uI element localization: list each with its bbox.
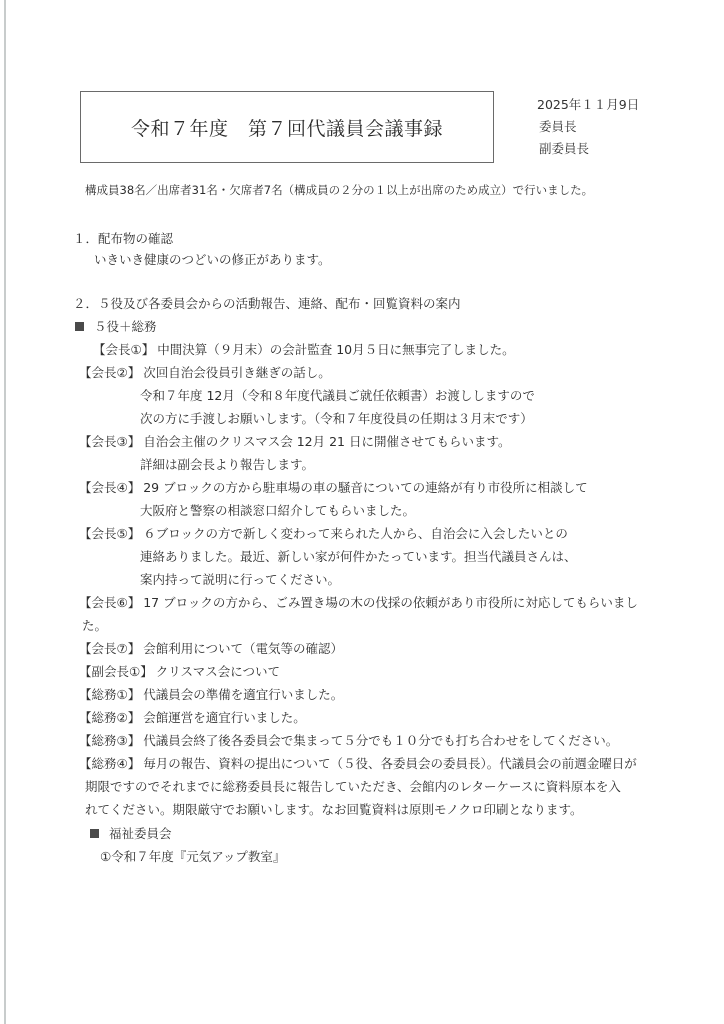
report-text-continued: れてください。期限厳守でお願いします。なお回覧資料は原則モノクロ印刷となります。: [85, 800, 583, 820]
report-text-continued: 令和７年度 12月（令和８年度代議員ご就任依頼書）お渡ししますので: [140, 386, 535, 406]
report-item: 【総務①】代議員会の準備を適宜行いました。: [79, 685, 343, 705]
report-item: 【会長③】自治会主催のクリスマス会 12月 21 日に開催させてもらいます。: [79, 432, 510, 452]
report-tag: 【総務③】: [79, 733, 140, 748]
report-text: 代議員会の準備を適宜行いました。: [143, 687, 343, 702]
report-tag: 【総務②】: [79, 710, 140, 725]
report-text-continued: 詳細は副会長より報告します。: [140, 455, 314, 475]
report-text: 毎月の報告、資料の提出について（５役、各委員会の委員長）。代議員会の前週金曜日が: [143, 756, 637, 771]
report-text-continued: 大阪府と警察の相談窓口紹介してもらいました。: [140, 501, 415, 521]
report-item: 【総務③】代議員会終了後各委員会で集まって５分でも１０分でも打ち合わせをしてくだ…: [79, 731, 618, 751]
section-2-heading: ２．５役及び各委員会からの活動報告、連絡、配布・回覧資料の案内: [73, 294, 461, 314]
report-text: 17 ブロックの方から、ごみ置き場の木の伐採の依頼があり市役所に対応してもらいま…: [143, 595, 638, 610]
report-text-continued: た。: [82, 616, 107, 636]
report-item: 【会長①】中間決算（９月末）の会計監査 10月５日に無事完了しました。: [93, 340, 515, 360]
report-text: 中間決算（９月末）の会計監査 10月５日に無事完了しました。: [157, 342, 514, 357]
report-text: ６ブロックの方で新しく変わって来られた人から、自治会に入会したいとの: [143, 526, 568, 541]
section-1-line: いきいき健康のつどいの修正があります。: [94, 250, 331, 270]
report-text-continued: 次の方に手渡しお願いします。（令和７年度役員の任期は３月末です）: [140, 409, 533, 429]
report-text: 自治会主催のクリスマス会 12月 21 日に開催させてもらいます。: [143, 434, 510, 449]
report-item: 【総務②】会館運営を適宜行いました。: [79, 708, 306, 728]
header-meta: 2025年１１月9日 委員長 副委員長: [537, 94, 639, 160]
signatory-vice-chair: 副委員長: [537, 138, 639, 160]
report-text: 29 ブロックの方から駐車場の車の騒音についての連絡が有り市役所に相談して: [143, 480, 587, 495]
report-text: クリスマス会について: [156, 664, 280, 679]
report-item: 【会長②】次回自治会役員引き継ぎの話し。: [79, 363, 331, 383]
welfare-item: ①令和７年度『元気アップ教室』: [100, 847, 285, 867]
report-tag: 【会長①】: [93, 342, 154, 357]
report-tag: 【副会長①】: [79, 664, 153, 679]
section-1-heading: １．配布物の確認: [73, 229, 173, 249]
report-text: 代議員会終了後各委員会で集まって５分でも１０分でも打ち合わせをしてください。: [143, 733, 618, 748]
scan-edge-artifact: [4, 0, 6, 1024]
report-item: 【会長⑦】会館利用について（電気等の確認）: [79, 639, 343, 659]
report-text-continued: 期限ですのでそれまでに総務委員長に報告していただき、会館内のレターケースに資料原…: [85, 777, 621, 797]
report-tag: 【総務①】: [79, 687, 140, 702]
report-item: 【総務④】毎月の報告、資料の提出について（５役、各委員会の委員長）。代議員会の前…: [79, 754, 637, 774]
square-bullet-icon: [75, 322, 84, 331]
report-item: 【副会長①】クリスマス会について: [79, 662, 280, 682]
report-tag: 【総務④】: [79, 756, 140, 771]
square-bullet-icon: [90, 829, 99, 838]
report-text-continued: 連絡ありました。最近、新しい家が何件かたっています。担当代議員さんは、: [140, 547, 577, 567]
report-text: 会館運営を適宜行いました。: [143, 710, 306, 725]
title-box: 令和７年度 第７回代議員会議事録: [80, 91, 494, 163]
report-text: 次回自治会役員引き継ぎの話し。: [143, 365, 331, 380]
report-item: 【会長⑤】６ブロックの方で新しく変わって来られた人から、自治会に入会したいとの: [79, 524, 568, 544]
report-tag: 【会長④】: [79, 480, 140, 495]
report-tag: 【会長②】: [79, 365, 140, 380]
subsection-officers-heading: ５役＋総務: [75, 317, 157, 337]
report-item: 【会長⑥】17 ブロックの方から、ごみ置き場の木の伐採の依頼があり市役所に対応し…: [79, 593, 638, 613]
report-tag: 【会長⑤】: [79, 526, 140, 541]
subsection-welfare-heading: 福祉委員会: [90, 824, 172, 844]
report-item: 【会長④】29 ブロックの方から駐車場の車の騒音についての連絡が有り市役所に相談…: [79, 478, 588, 498]
report-tag: 【会長③】: [79, 434, 140, 449]
subsection-label: ５役＋総務: [94, 319, 157, 334]
report-text: 会館利用について（電気等の確認）: [143, 641, 343, 656]
report-tag: 【会長⑥】: [79, 595, 140, 610]
document-title: 令和７年度 第７回代議員会議事録: [131, 114, 443, 141]
attendance-statement: 構成員38名／出席者31名・欠席者7名（構成員の２分の１以上が出席のため成立）で…: [85, 180, 593, 200]
report-tag: 【会長⑦】: [79, 641, 140, 656]
report-text-continued: 案内持って説明に行ってください。: [140, 570, 340, 590]
signatory-chair: 委員長: [537, 116, 639, 138]
subsection-label: 福祉委員会: [109, 826, 172, 841]
document-date: 2025年１１月9日: [537, 94, 639, 116]
